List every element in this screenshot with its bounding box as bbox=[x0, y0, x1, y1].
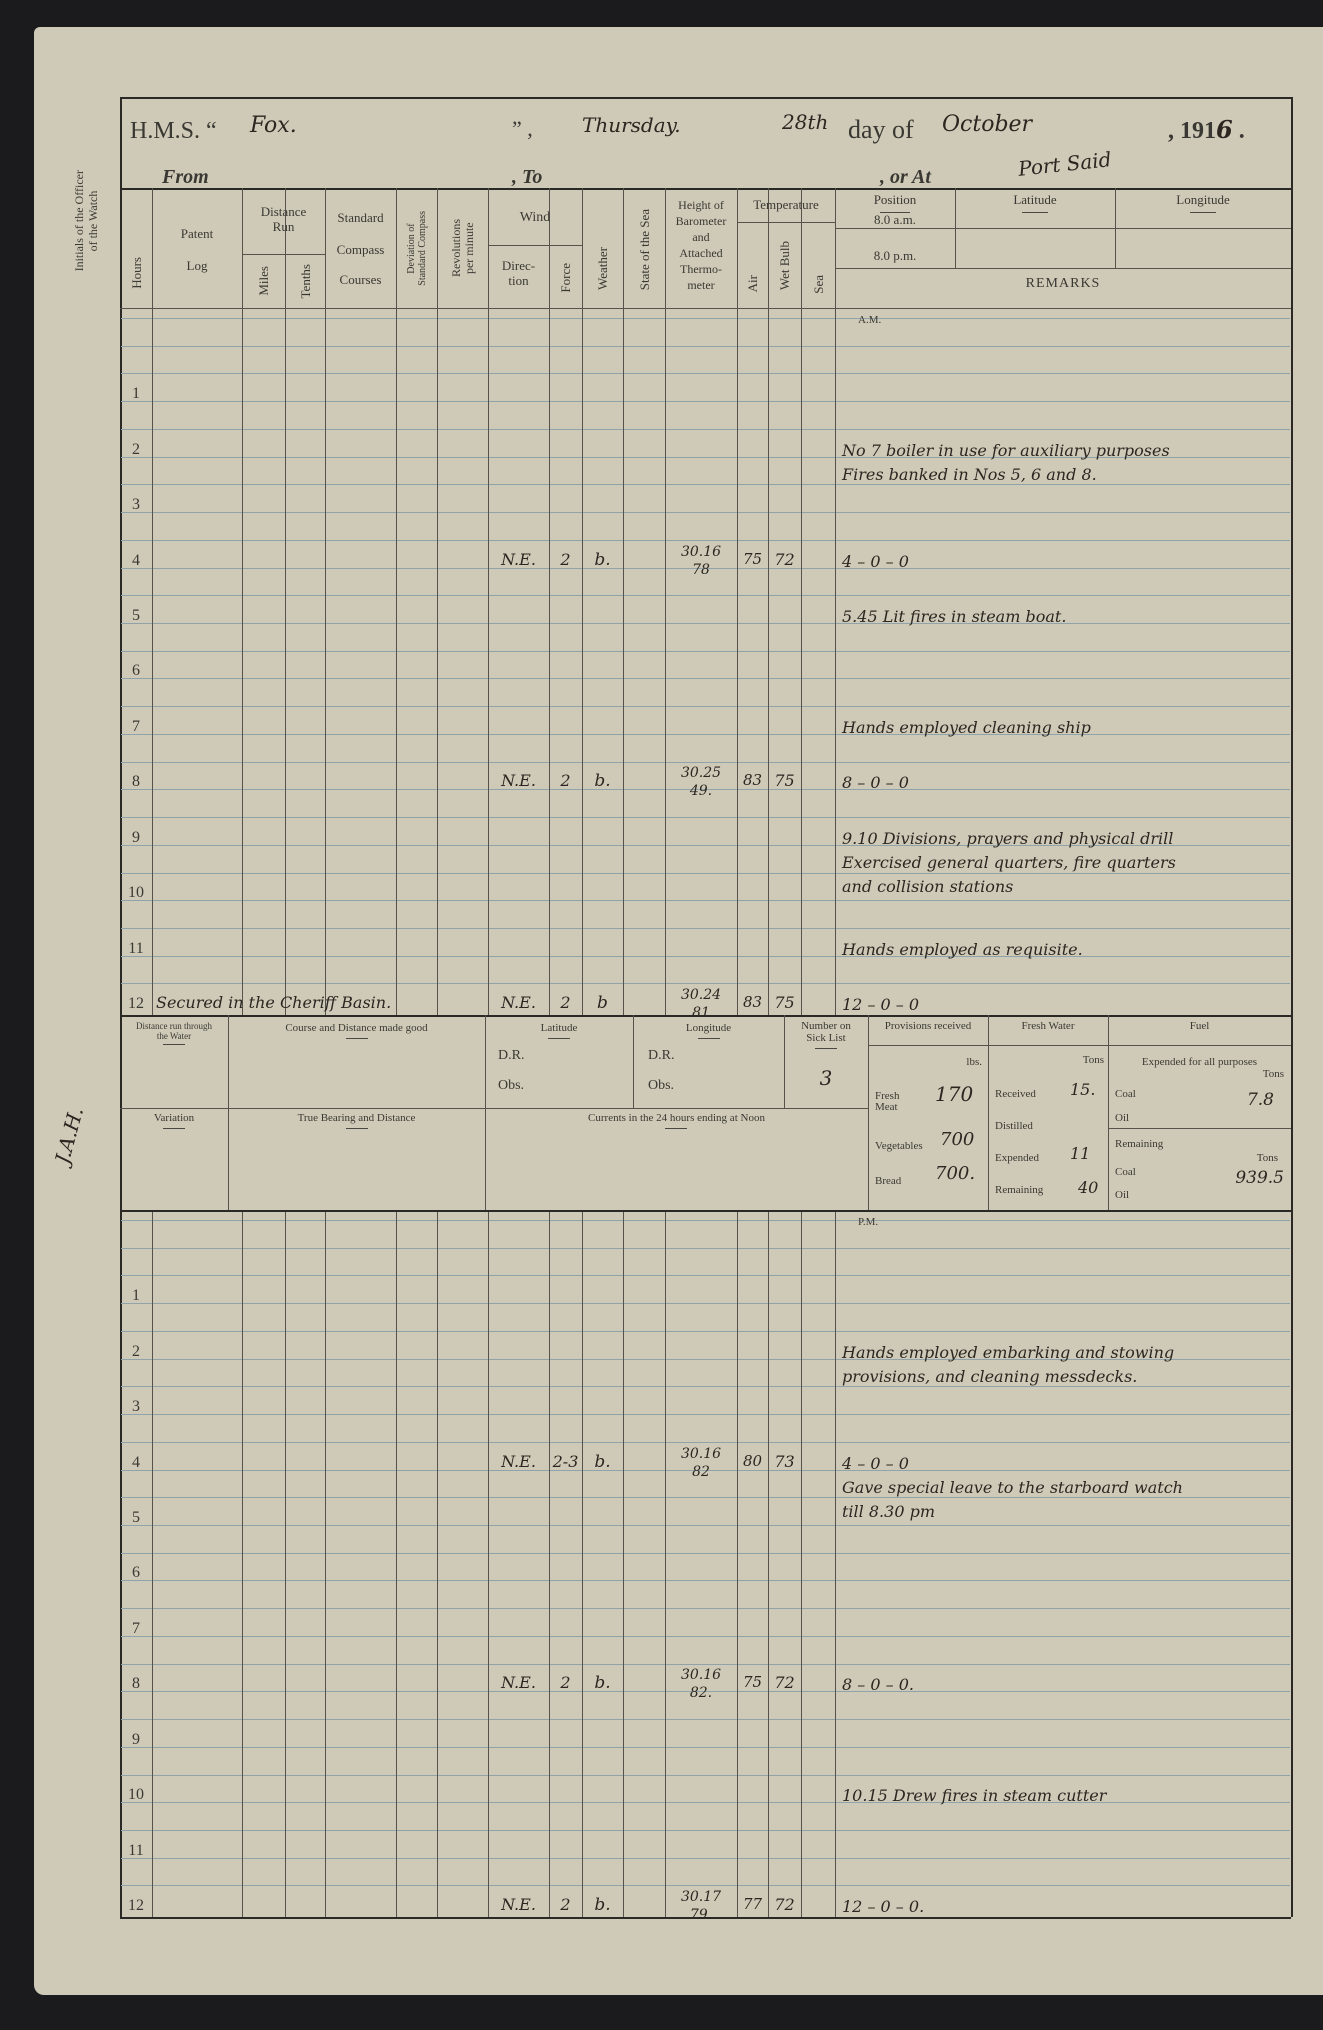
entry-barometer: 30.16 bbox=[665, 1446, 737, 1462]
entry-thermometer: 79. bbox=[665, 1907, 737, 1923]
entry-wet-bulb: 72 bbox=[768, 1895, 801, 1914]
ruled-line bbox=[121, 1442, 1290, 1443]
day-number: 28th bbox=[782, 110, 828, 134]
col-standard: Standard bbox=[325, 210, 396, 225]
remark: Hands employed as requisite. bbox=[842, 938, 1287, 962]
summary-latitude-label: Latitude bbox=[485, 1022, 633, 1034]
entry-thermometer: 78 bbox=[665, 562, 737, 578]
ruled-line bbox=[121, 928, 1290, 929]
col-tenths: Tenths bbox=[285, 256, 325, 306]
hour-10: 10 bbox=[120, 1786, 152, 1804]
rule-line bbox=[152, 188, 153, 308]
rule-line bbox=[152, 308, 153, 1015]
rule-line bbox=[120, 1210, 1291, 1212]
col-barometer: Height of bbox=[665, 198, 737, 213]
col-barometer: meter bbox=[665, 278, 737, 293]
ruled-line bbox=[121, 1664, 1290, 1665]
rule-line bbox=[1190, 212, 1216, 213]
oil-label: Oil bbox=[1115, 1112, 1160, 1124]
rule-line bbox=[815, 1048, 837, 1049]
ruled-line bbox=[121, 983, 1290, 984]
col-state-sea: State of the Sea bbox=[623, 194, 665, 306]
entry-force: 2 bbox=[549, 1895, 582, 1914]
summary-longitude-label: Longitude bbox=[633, 1022, 784, 1034]
ruled-line bbox=[121, 1275, 1290, 1276]
pm-label: P.M. bbox=[858, 1216, 878, 1228]
label: Wet Bulb bbox=[777, 241, 792, 290]
label: Force bbox=[558, 263, 573, 293]
fresh-water-unit: Tons bbox=[1050, 1054, 1104, 1066]
entry-wet-bulb: 72 bbox=[768, 1673, 801, 1692]
ruled-line bbox=[121, 346, 1290, 347]
entry-air: 75 bbox=[737, 550, 768, 568]
received-value: 15. bbox=[1070, 1084, 1104, 1096]
oil-label-2: Oil bbox=[1115, 1189, 1160, 1201]
rule-line bbox=[120, 97, 1291, 99]
distance-run-label-2: the Water bbox=[120, 1030, 228, 1042]
rule-line bbox=[768, 308, 769, 1015]
label: Sea bbox=[811, 275, 826, 294]
rule-line bbox=[1108, 1128, 1291, 1129]
lat-dr: D.R. bbox=[498, 1050, 560, 1062]
ruled-line bbox=[121, 1553, 1290, 1554]
ruled-line bbox=[121, 1248, 1290, 1249]
entry-weather: b. bbox=[582, 771, 623, 791]
fresh-meat-value: 170 bbox=[935, 1088, 985, 1100]
rule-line bbox=[737, 222, 835, 223]
ruled-line bbox=[121, 1775, 1290, 1776]
rule-line bbox=[396, 308, 397, 1015]
close-quote: ” , bbox=[512, 116, 533, 142]
entry-air: 77 bbox=[737, 1895, 768, 1913]
remark: 12 – 0 – 0 bbox=[842, 993, 1287, 1017]
remark: 5.45 Lit fires in steam boat. bbox=[842, 605, 1287, 629]
rule-line bbox=[665, 1210, 666, 1917]
rule-line bbox=[665, 1128, 687, 1129]
col-courses: Courses bbox=[325, 272, 396, 287]
remark: 4 – 0 – 0 bbox=[842, 550, 1287, 574]
rule-line bbox=[835, 308, 836, 1015]
col-compass: Compass bbox=[325, 242, 396, 257]
remark: 9.10 Divisions, prayers and physical dri… bbox=[842, 827, 1287, 899]
label: Air bbox=[745, 275, 760, 292]
col-latitude: Latitude bbox=[955, 192, 1115, 207]
entry-wet-bulb: 75 bbox=[768, 771, 801, 790]
col-position: Position bbox=[835, 192, 955, 207]
entry-thermometer: 82. bbox=[665, 1685, 737, 1701]
col-sea: Sea bbox=[801, 262, 835, 306]
log-row: N.E.2b.30.16787572 bbox=[120, 550, 835, 590]
entry-thermometer: 82 bbox=[665, 1464, 737, 1480]
day-of-label: day of bbox=[848, 115, 914, 145]
rule-line bbox=[835, 228, 1291, 229]
ruled-line bbox=[121, 1525, 1290, 1526]
entry-force: 2 bbox=[549, 550, 582, 569]
remark-line: and collision stations bbox=[842, 875, 1287, 899]
remark-line: No 7 boiler in use for auxiliary purpose… bbox=[842, 439, 1287, 463]
label: Revolutionsper minute bbox=[450, 219, 476, 277]
log-row: N.E.2b.30.1779.7772 bbox=[120, 1895, 835, 1935]
entry-air: 80 bbox=[737, 1452, 768, 1470]
remark: No 7 boiler in use for auxiliary purpose… bbox=[842, 439, 1287, 487]
remark-line: Hands employed embarking and stowing bbox=[842, 1341, 1287, 1365]
lon-dr: D.R. bbox=[648, 1050, 710, 1062]
col-hours: Hours bbox=[120, 240, 152, 306]
rule-line bbox=[325, 308, 326, 1015]
remark-line: 12 – 0 – 0 bbox=[842, 993, 1287, 1017]
rule-line bbox=[346, 1038, 368, 1039]
rule-line bbox=[163, 1044, 185, 1045]
remark-line: provisions, and cleaning messdecks. bbox=[842, 1365, 1287, 1389]
entry-direction: N.E. bbox=[488, 771, 549, 790]
hour-9: 9 bbox=[120, 829, 152, 847]
hour-7: 7 bbox=[120, 718, 152, 736]
rule-line bbox=[623, 308, 624, 1015]
remark-line: 8 – 0 – 0. bbox=[842, 1673, 1287, 1697]
fuel-remaining-label: Remaining bbox=[1115, 1138, 1200, 1150]
label: State of the Sea bbox=[637, 209, 652, 290]
ruled-line bbox=[121, 595, 1290, 596]
currents-label: Currents in the 24 hours ending at Noon bbox=[485, 1112, 868, 1124]
rule-line bbox=[835, 1210, 836, 1917]
remark-line: Hands employed as requisite. bbox=[842, 938, 1287, 962]
col-barometer: Thermo- bbox=[665, 262, 737, 277]
vegetables-value: 700 bbox=[940, 1134, 988, 1146]
water-remaining-value: 40 bbox=[1078, 1182, 1104, 1194]
year: , 1916 . bbox=[1168, 115, 1245, 145]
received-label: Received bbox=[995, 1088, 1060, 1100]
entry-barometer: 30.24 bbox=[665, 987, 737, 1003]
label: Miles bbox=[256, 266, 271, 296]
ruled-line bbox=[121, 1303, 1290, 1304]
remark-line: Exercised general quarters, fire quarter… bbox=[842, 851, 1287, 875]
rule-line bbox=[582, 308, 583, 1015]
rule-line bbox=[437, 1210, 438, 1917]
month: October bbox=[942, 112, 1032, 137]
distilled-label: Distilled bbox=[995, 1120, 1060, 1132]
rule-line bbox=[835, 268, 1291, 269]
entry-weather: b. bbox=[582, 1452, 623, 1472]
rule-line bbox=[698, 1038, 720, 1039]
remark-line: 4 – 0 – 0 bbox=[842, 550, 1287, 574]
entry-wet-bulb: 75 bbox=[768, 993, 801, 1012]
pos-8pm: 8.0 p.m. bbox=[835, 248, 955, 263]
remark: 10.15 Drew fires in steam cutter bbox=[842, 1784, 1287, 1808]
fuel-remaining-value: 939.5 bbox=[1180, 1172, 1284, 1184]
log-row: N.E.2b.30.2549.8375 bbox=[120, 771, 835, 811]
hour-5: 5 bbox=[120, 607, 152, 625]
ruled-line bbox=[121, 1608, 1290, 1609]
ruled-line bbox=[121, 1331, 1290, 1332]
lat-obs: Obs. bbox=[498, 1080, 560, 1092]
entry-barometer: 30.16 bbox=[665, 544, 737, 560]
sick-list-label: Number on bbox=[784, 1020, 868, 1032]
rule-line bbox=[868, 1045, 1291, 1046]
ruled-line bbox=[121, 1719, 1290, 1720]
col-air: Air bbox=[737, 262, 768, 306]
officer-initials-label: Initials of the Officerof the Watch bbox=[72, 170, 100, 271]
rule-line bbox=[242, 254, 325, 255]
provisions-unit: lbs. bbox=[940, 1056, 982, 1068]
entry-air: 83 bbox=[737, 771, 768, 789]
col-barometer: Attached bbox=[665, 246, 737, 261]
rule-line bbox=[549, 1210, 550, 1917]
hour-10: 10 bbox=[120, 884, 152, 902]
rule-line bbox=[768, 1210, 769, 1917]
ruled-line bbox=[121, 318, 1290, 319]
col-miles: Miles bbox=[242, 256, 285, 306]
hour-2: 2 bbox=[120, 441, 152, 459]
fuel-title: Fuel bbox=[1108, 1020, 1291, 1032]
ruled-line bbox=[121, 1414, 1290, 1415]
rule-line bbox=[665, 308, 666, 1015]
am-label: A.M. bbox=[858, 314, 881, 326]
hour-1: 1 bbox=[120, 1287, 152, 1305]
sick-list-label-2: Sick List bbox=[784, 1032, 868, 1044]
course-distance-label: Course and Distance made good bbox=[228, 1022, 485, 1034]
ruled-line bbox=[121, 706, 1290, 707]
rule-line bbox=[549, 308, 550, 1015]
fuel-unit-2: Tons bbox=[1200, 1152, 1278, 1164]
col-direction-2: tion bbox=[488, 273, 549, 288]
entry-direction: N.E. bbox=[488, 1452, 549, 1471]
ruled-line bbox=[121, 651, 1290, 652]
bread-label: Bread bbox=[875, 1175, 930, 1187]
expended-label: Expended bbox=[995, 1152, 1060, 1164]
rule-line bbox=[623, 1210, 624, 1917]
hour-6: 6 bbox=[120, 662, 152, 680]
entry-force: 2-3 bbox=[549, 1452, 582, 1471]
variation-label: Variation bbox=[120, 1112, 228, 1124]
remark-line: 9.10 Divisions, prayers and physical dri… bbox=[842, 827, 1287, 851]
expended-value: 11 bbox=[1070, 1148, 1104, 1160]
hour-1: 1 bbox=[120, 385, 152, 403]
rule-line bbox=[488, 308, 489, 1015]
rule-line bbox=[488, 188, 489, 308]
label: Hours bbox=[129, 257, 144, 289]
entry-wet-bulb: 73 bbox=[768, 1452, 801, 1471]
rule-line bbox=[242, 308, 243, 1015]
entry-thermometer: 81 bbox=[665, 1005, 737, 1021]
entry-barometer: 30.17 bbox=[665, 1889, 737, 1905]
col-wind: Wind bbox=[488, 210, 582, 225]
water-remaining-label: Remaining bbox=[995, 1184, 1060, 1196]
col-longitude: Longitude bbox=[1115, 192, 1291, 207]
ruled-line bbox=[121, 900, 1290, 901]
entry-barometer: 30.16 bbox=[665, 1667, 737, 1683]
ruled-line bbox=[121, 540, 1290, 541]
entry-weather: b. bbox=[582, 550, 623, 570]
from-label: From bbox=[162, 166, 209, 189]
rule-line bbox=[396, 1210, 397, 1917]
remark-line: 10.15 Drew fires in steam cutter bbox=[842, 1784, 1287, 1808]
label: Tenths bbox=[298, 264, 313, 298]
label: Deviation ofStandard Compass bbox=[406, 211, 428, 286]
entry-force: 2 bbox=[549, 1673, 582, 1692]
remark-line: Fires banked in Nos 5, 6 and 8. bbox=[842, 463, 1287, 487]
hour-6: 6 bbox=[120, 1564, 152, 1582]
remark-line: 5.45 Lit fires in steam boat. bbox=[842, 605, 1287, 629]
hour-9: 9 bbox=[120, 1731, 152, 1749]
entry-weather: b. bbox=[582, 1895, 623, 1915]
entry-barometer: 30.25 bbox=[665, 765, 737, 781]
rule-line bbox=[1022, 212, 1048, 213]
col-patent: Patent bbox=[152, 226, 242, 241]
ruled-line bbox=[121, 1580, 1290, 1581]
rule-line bbox=[242, 1210, 243, 1917]
remark-line: Hands employed cleaning ship bbox=[842, 716, 1287, 740]
entry-direction: N.E. bbox=[488, 1895, 549, 1914]
coal-label: Coal bbox=[1115, 1088, 1160, 1100]
ruled-line bbox=[121, 1747, 1290, 1748]
fuel-expended-label: Expended for all purposes bbox=[1108, 1056, 1291, 1068]
true-bearing-label: True Bearing and Distance bbox=[228, 1112, 485, 1124]
col-distance: Distance bbox=[242, 204, 325, 219]
ruled-line bbox=[121, 1636, 1290, 1637]
provisions-title: Provisions received bbox=[868, 1020, 988, 1032]
or-at-label: , or At bbox=[880, 166, 931, 189]
rule-line bbox=[488, 1210, 489, 1917]
ruled-line bbox=[121, 373, 1290, 374]
bread-value: 700. bbox=[935, 1168, 988, 1180]
entry-air: 75 bbox=[737, 1673, 768, 1691]
entry-force: 2 bbox=[549, 771, 582, 790]
ruled-line bbox=[121, 1220, 1290, 1221]
fuel-unit: Tons bbox=[1200, 1068, 1284, 1080]
rule-line bbox=[582, 1210, 583, 1917]
col-barometer: Barometer bbox=[665, 214, 737, 229]
col-barometer: and bbox=[665, 230, 737, 245]
rule-line bbox=[163, 1128, 185, 1129]
ship-name: Fox. bbox=[250, 113, 297, 138]
entry-direction: N.E. bbox=[488, 1673, 549, 1692]
entry-air: 83 bbox=[737, 993, 768, 1011]
fuel-expended-value: 7.8 bbox=[1200, 1094, 1274, 1106]
rule-line bbox=[801, 1210, 802, 1917]
rule-line bbox=[120, 1015, 1291, 1017]
remark-line: 8 – 0 – 0 bbox=[842, 771, 1287, 795]
rule-line bbox=[801, 308, 802, 1015]
rule-line bbox=[548, 1038, 570, 1039]
remark-line: 4 – 0 – 0 bbox=[842, 1452, 1287, 1476]
col-deviation: Deviation ofStandard Compass bbox=[396, 192, 437, 304]
rule-line bbox=[152, 1210, 153, 1917]
col-weather: Weather bbox=[582, 230, 623, 306]
remark-line: till 8.30 pm bbox=[842, 1500, 1287, 1524]
remark: 8 – 0 – 0 bbox=[842, 771, 1287, 795]
log-row: N.E.2-3b.30.16828073 bbox=[120, 1452, 835, 1492]
log-row: N.E.2b.30.1682.7572 bbox=[120, 1673, 835, 1713]
remark: 4 – 0 – 0Gave special leave to the starb… bbox=[842, 1452, 1287, 1524]
remark: Hands employed cleaning ship bbox=[842, 716, 1287, 740]
rule-line bbox=[488, 245, 582, 246]
rule-line bbox=[285, 1210, 286, 1917]
col-run: Run bbox=[242, 219, 325, 234]
fresh-meat-label-2: Meat bbox=[875, 1101, 930, 1113]
hour-11: 11 bbox=[120, 940, 152, 958]
rule-line bbox=[737, 308, 738, 1015]
ruled-line bbox=[121, 1830, 1290, 1831]
hour-3: 3 bbox=[120, 1398, 152, 1416]
col-direction: Direc- bbox=[488, 258, 549, 273]
entry-force: 2 bbox=[549, 993, 582, 1012]
entry-direction: N.E. bbox=[488, 993, 549, 1012]
col-force: Force bbox=[549, 250, 582, 306]
rule-line bbox=[325, 1210, 326, 1917]
col-revolutions: Revolutionsper minute bbox=[437, 192, 488, 304]
col-wet-bulb: Wet Bulb bbox=[768, 226, 801, 306]
ruled-line bbox=[121, 401, 1290, 402]
remark-line: Gave special leave to the starboard watc… bbox=[842, 1476, 1287, 1500]
coal-label-2: Coal bbox=[1115, 1166, 1160, 1178]
pos-8am: 8.0 a.m. bbox=[835, 212, 955, 227]
ruled-line bbox=[121, 678, 1290, 679]
entry-direction: N.E. bbox=[488, 550, 549, 569]
ruled-line bbox=[121, 512, 1290, 513]
hour-11: 11 bbox=[120, 1842, 152, 1860]
col-temperature: Temperature bbox=[737, 197, 835, 212]
remark: 8 – 0 – 0. bbox=[842, 1673, 1287, 1697]
entry-thermometer: 49. bbox=[665, 783, 737, 799]
vegetables-label: Vegetables bbox=[875, 1140, 940, 1152]
ruled-line bbox=[121, 429, 1290, 430]
rule-line bbox=[437, 308, 438, 1015]
hour-5: 5 bbox=[120, 1509, 152, 1527]
entry-weather: b. bbox=[582, 1673, 623, 1693]
col-log: Log bbox=[152, 258, 242, 273]
weekday: Thursday. bbox=[582, 113, 681, 137]
ruled-line bbox=[121, 817, 1290, 818]
rule-line bbox=[120, 1108, 868, 1109]
fresh-water-title: Fresh Water bbox=[988, 1020, 1108, 1032]
hour-3: 3 bbox=[120, 496, 152, 514]
rule-line bbox=[1291, 97, 1293, 1917]
to-label: , To bbox=[512, 166, 542, 189]
remark: 12 – 0 – 0. bbox=[842, 1895, 1287, 1919]
lon-obs: Obs. bbox=[648, 1080, 710, 1092]
entry-weather: b bbox=[582, 993, 623, 1013]
rule-line bbox=[120, 308, 1291, 309]
ruled-line bbox=[121, 1885, 1290, 1886]
label: Weather bbox=[595, 247, 610, 290]
remark-line: 12 – 0 – 0. bbox=[842, 1895, 1287, 1919]
entry-patent-log: Secured in the Cheriff Basin. bbox=[156, 993, 391, 1012]
col-remarks: REMARKS bbox=[835, 276, 1291, 291]
hour-7: 7 bbox=[120, 1620, 152, 1638]
ruled-line bbox=[121, 762, 1290, 763]
rule-line bbox=[737, 1210, 738, 1917]
hour-2: 2 bbox=[120, 1343, 152, 1361]
remark: Hands employed embarking and stowingprov… bbox=[842, 1341, 1287, 1389]
rule-line bbox=[346, 1128, 368, 1129]
entry-wet-bulb: 72 bbox=[768, 550, 801, 569]
ship-label: H.M.S. “ bbox=[130, 118, 217, 145]
rule-line bbox=[285, 308, 286, 1015]
ruled-line bbox=[121, 1858, 1290, 1859]
sick-list-value: 3 bbox=[784, 1072, 868, 1084]
